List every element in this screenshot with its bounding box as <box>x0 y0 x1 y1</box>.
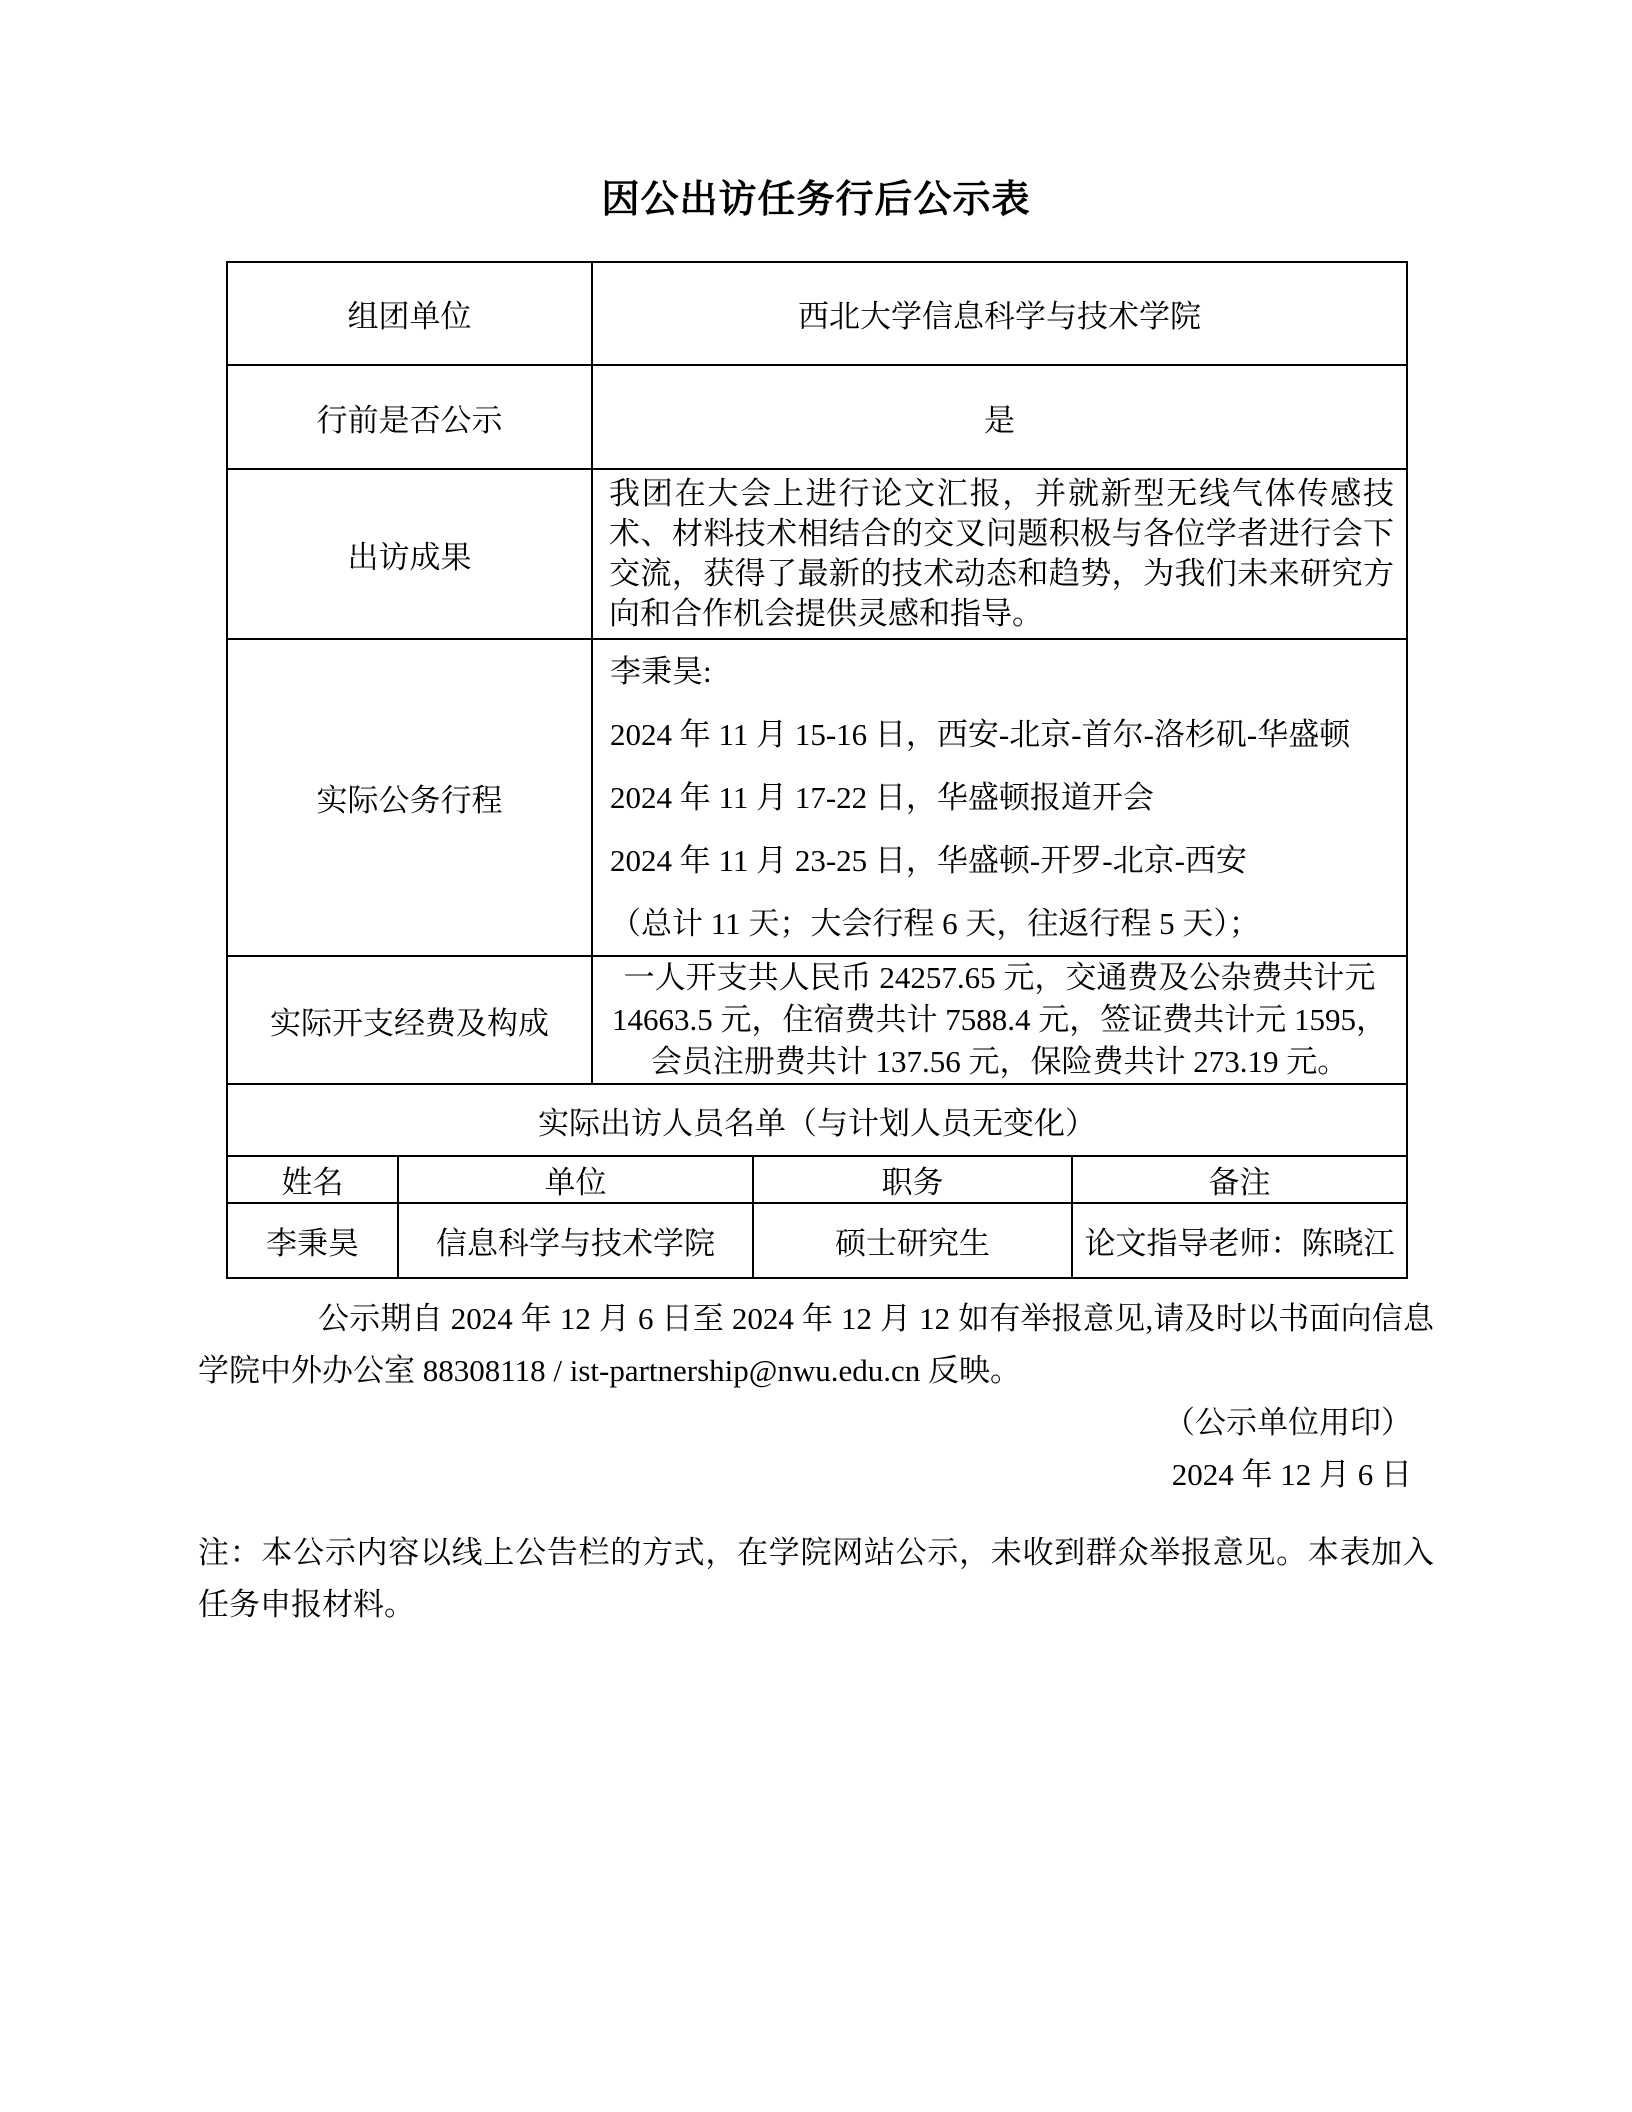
row-label-actual-expenses: 实际开支经费及构成 <box>227 956 592 1084</box>
table-row-trip-achievements: 出访成果 我团在大会上进行论文汇报，并就新型无线气体传感技术、材料技术相结合的交… <box>227 469 1407 639</box>
document-page: 因公出访任务行后公示表 组团单位 西北大学信息科学与技术学院 行前是否公示 是 … <box>0 0 1632 2112</box>
table-row-pretrip-publicity: 行前是否公示 是 <box>227 365 1407 469</box>
row-label-pretrip-publicity: 行前是否公示 <box>227 365 592 469</box>
roster-column-name: 姓名 <box>227 1156 398 1203</box>
bottom-note: 注：本公示内容以线上公告栏的方式，在学院网站公示，未收到群众举报意见。本表加入任… <box>198 1527 1434 1631</box>
row-label-trip-achievements: 出访成果 <box>227 469 592 639</box>
table-row-roster-heading: 实际出访人员名单（与计划人员无变化） <box>227 1084 1407 1156</box>
roster-header-row: 姓名 单位 职务 备注 <box>227 1156 1407 1203</box>
table-row-actual-expenses: 实际开支经费及构成 一人开支共人民币 24257.65 元，交通费及公杂费共计元… <box>227 956 1407 1084</box>
row-value-actual-expenses: 一人开支共人民币 24257.65 元，交通费及公杂费共计元 14663.5 元… <box>592 956 1407 1084</box>
row-label-actual-itinerary: 实际公务行程 <box>227 639 592 956</box>
itinerary-line-conference: 2024 年 11 月 17-22 日，华盛顿报道开会 <box>610 766 1406 829</box>
roster-column-remarks: 备注 <box>1072 1156 1407 1203</box>
itinerary-line-total-days: （总计 11 天；大会行程 6 天，往返行程 5 天）； <box>610 892 1406 955</box>
itinerary-line-traveler: 李秉昊: <box>610 640 1406 703</box>
publicity-period-notice: 公示期自 2024 年 12 月 6 日至 2024 年 12 月 12 如有举… <box>198 1293 1434 1397</box>
trip-summary-table: 组团单位 西北大学信息科学与技术学院 行前是否公示 是 出访成果 我团在大会上进… <box>226 261 1408 1157</box>
roster-table: 姓名 单位 职务 备注 李秉昊 信息科学与技术学院 硕士研究生 论文指导老师：陈… <box>226 1155 1408 1279</box>
row-value-actual-itinerary: 李秉昊: 2024 年 11 月 15-16 日，西安-北京-首尔-洛杉矶-华盛… <box>592 639 1407 956</box>
row-label-group-unit: 组团单位 <box>227 262 592 365</box>
issue-date-line: 2024 年 12 月 6 日 <box>198 1449 1434 1501</box>
roster-column-unit: 单位 <box>398 1156 753 1203</box>
roster-cell-unit: 信息科学与技术学院 <box>398 1203 753 1278</box>
itinerary-line-outbound: 2024 年 11 月 15-16 日，西安-北京-首尔-洛杉矶-华盛顿 <box>610 703 1406 766</box>
roster-heading: 实际出访人员名单（与计划人员无变化） <box>227 1084 1407 1156</box>
seal-placeholder-line: （公示单位用印） <box>198 1397 1434 1449</box>
roster-cell-position: 硕士研究生 <box>753 1203 1072 1278</box>
document-title: 因公出访任务行后公示表 <box>0 0 1632 223</box>
roster-column-position: 职务 <box>753 1156 1072 1203</box>
table-row-group-unit: 组团单位 西北大学信息科学与技术学院 <box>227 262 1407 365</box>
row-value-trip-achievements: 我团在大会上进行论文汇报，并就新型无线气体传感技术、材料技术相结合的交叉问题积极… <box>592 469 1407 639</box>
itinerary-line-return: 2024 年 11 月 23-25 日，华盛顿-开罗-北京-西安 <box>610 829 1406 892</box>
tables-container: 组团单位 西北大学信息科学与技术学院 行前是否公示 是 出访成果 我团在大会上进… <box>226 261 1406 1279</box>
row-value-pretrip-publicity: 是 <box>592 365 1407 469</box>
row-value-group-unit: 西北大学信息科学与技术学院 <box>592 262 1407 365</box>
roster-cell-remarks: 论文指导老师：陈晓江 <box>1072 1203 1407 1278</box>
roster-cell-name: 李秉昊 <box>227 1203 398 1278</box>
table-row-actual-itinerary: 实际公务行程 李秉昊: 2024 年 11 月 15-16 日，西安-北京-首尔… <box>227 639 1407 956</box>
footer-block: 公示期自 2024 年 12 月 6 日至 2024 年 12 月 12 如有举… <box>198 1293 1434 1631</box>
roster-data-row: 李秉昊 信息科学与技术学院 硕士研究生 论文指导老师：陈晓江 <box>227 1203 1407 1278</box>
